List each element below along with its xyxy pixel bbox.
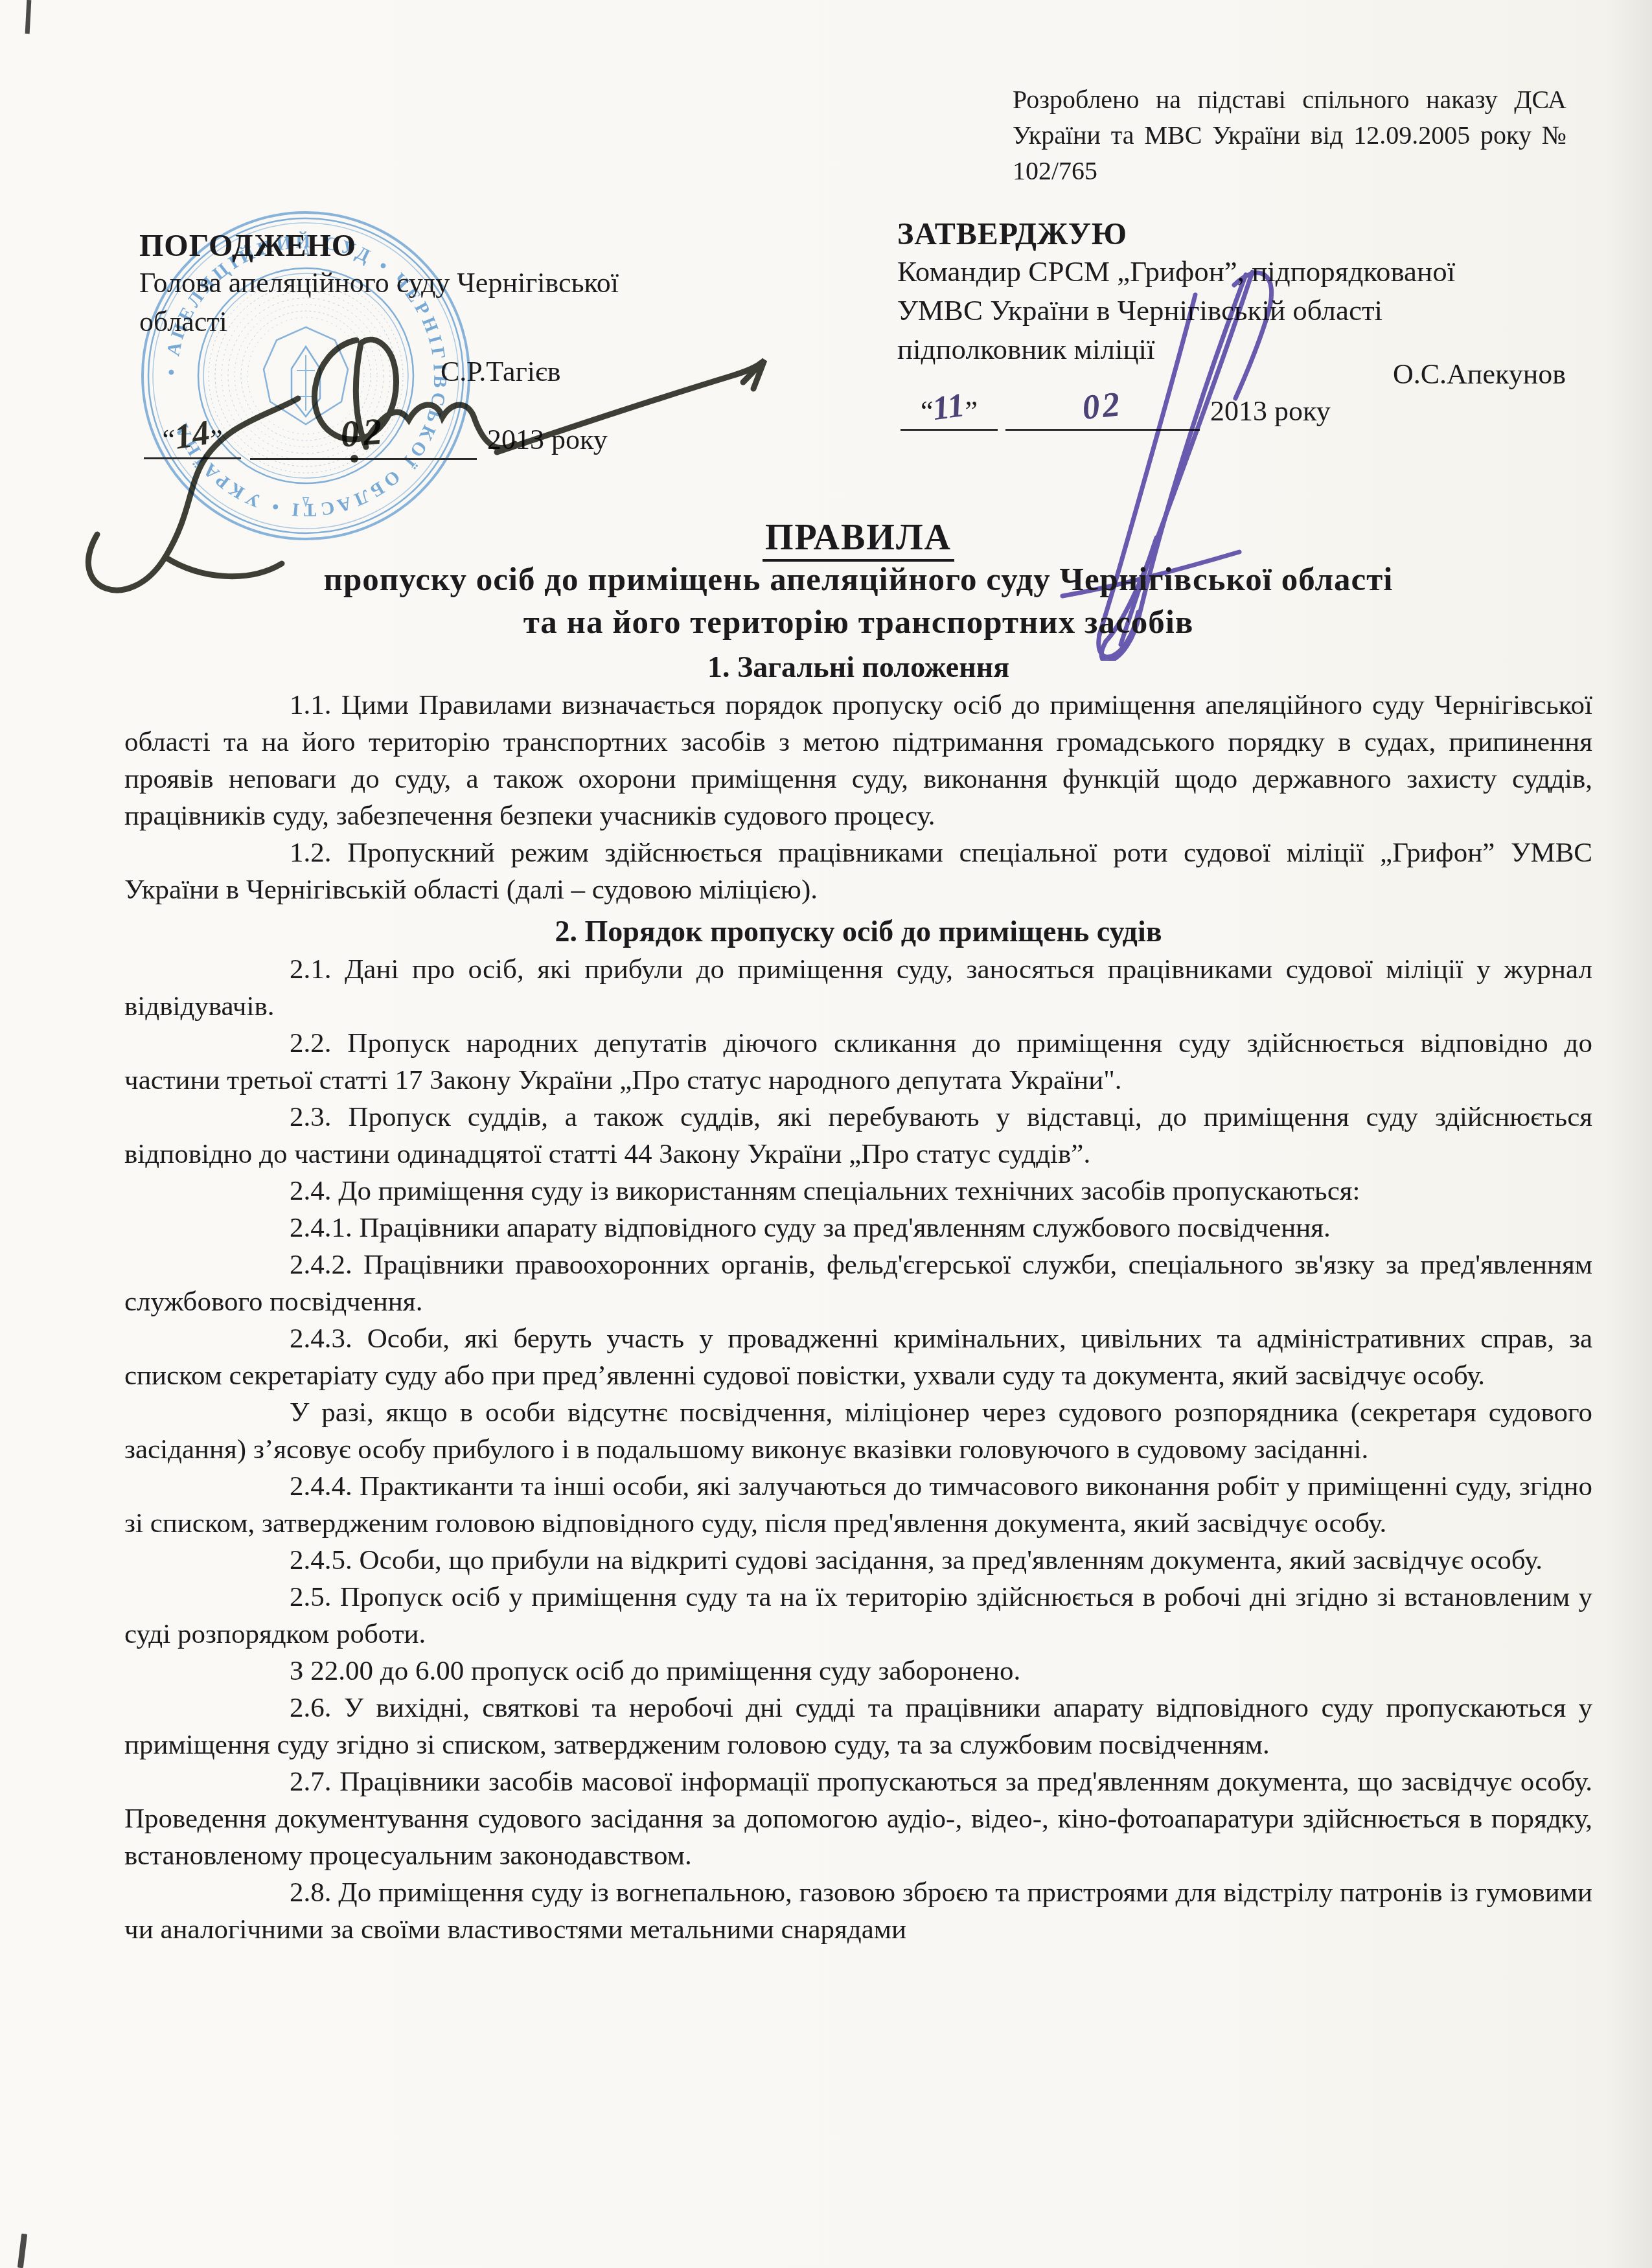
scan-artifact-bottom-left <box>17 2234 27 2268</box>
paragraph: 2.1. Дані про осіб, які прибули до примі… <box>124 951 1592 1025</box>
paragraph: 2.4.3. Особи, які беруть участь у провад… <box>124 1320 1592 1394</box>
scan-edge-shading <box>1609 0 1652 2268</box>
paragraph: 2.4.2. Працівники правоохоронних органів… <box>124 1246 1592 1320</box>
scan-artifact-top-left <box>25 0 32 34</box>
basis-note: Розроблено на підставі спільного наказу … <box>1013 82 1566 189</box>
agreed-title: ПОГОДЖЕНО <box>139 228 794 264</box>
paragraph: 2.4.4. Практиканти та інші особи, які за… <box>124 1468 1592 1542</box>
paragraph: 1.1. Цими Правилами визначається порядок… <box>124 687 1592 834</box>
quote-close: ” <box>965 395 978 427</box>
paragraph: 2.5. Пропуск осіб у приміщення суду та н… <box>124 1579 1592 1653</box>
document-subtitle-line-1: пропуску осіб до приміщень апеляційного … <box>124 558 1592 601</box>
document-subtitle-line-2: та на його територію транспортних засобі… <box>124 601 1592 644</box>
paragraph: 2.6. У вихідні, святкові та неробочі дні… <box>124 1690 1592 1763</box>
paragraph: 2.8. До приміщення суду із вогнепальною,… <box>124 1874 1592 1948</box>
paragraph: 1.2. Пропускний режим здійснюється праці… <box>124 834 1592 908</box>
paragraph: 2.4.5. Особи, що прибули на відкриті суд… <box>124 1542 1592 1579</box>
approved-date-day-handwritten: 11 <box>930 386 967 428</box>
document-sections: 1. Загальні положення1.1. Цими Правилами… <box>124 648 1592 1948</box>
paragraph: 2.7. Працівники засобів масової інформац… <box>124 1763 1592 1874</box>
paragraph: 2.3. Пропуск суддів, а також суддів, які… <box>124 1099 1592 1173</box>
paragraph: У разі, якщо в особи відсутнє посвідченн… <box>124 1394 1592 1468</box>
paragraph: 2.4. До приміщення суду із використанням… <box>124 1173 1592 1209</box>
paragraph: 2.4.1. Працівники апарату відповідного с… <box>124 1209 1592 1246</box>
paragraph: 2.2. Пропуск народних депутатів діючого … <box>124 1025 1592 1099</box>
document-content: ПРАВИЛА пропуску осіб до приміщень апеля… <box>124 517 1592 1948</box>
document-title: ПРАВИЛА <box>124 517 1592 558</box>
section-heading-2: 2. Порядок пропуску осіб до приміщень су… <box>124 912 1592 951</box>
approved-title: ЗАТВЕРДЖУЮ <box>897 216 1584 252</box>
approved-date-day-slot: “11” <box>901 391 998 431</box>
document-page: Розроблено на підставі спільного наказу … <box>0 0 1652 2268</box>
paragraph: З 22.00 до 6.00 пропуск осіб до приміщен… <box>124 1653 1592 1690</box>
section-heading-1: 1. Загальні положення <box>124 648 1592 687</box>
